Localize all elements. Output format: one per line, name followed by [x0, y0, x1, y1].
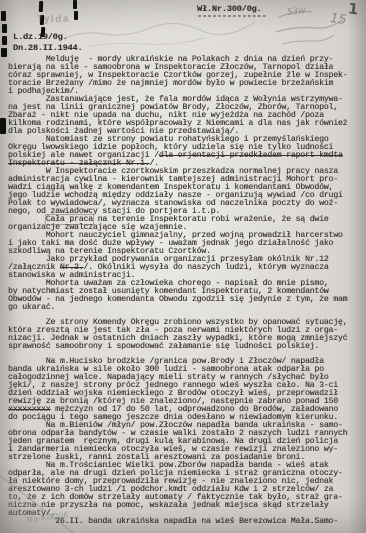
- binding-mark: [0, 118, 6, 134]
- document-body: Melduję - mordy ukraińskie na Polakach z…: [8, 56, 360, 526]
- typed-text: Na m.Hucisko brodzkie /granica pow.Brody…: [8, 357, 338, 406]
- binding-mark: [39, 1, 43, 12]
- paragraph: Jako przykład podrywania organizacji prz…: [8, 256, 360, 280]
- document-date: Dn.28.II.1944.: [13, 44, 82, 53]
- typed-text: W Inspektoracie czortkowskim przeszkadza…: [8, 167, 343, 216]
- fold-crease: [0, 467, 92, 533]
- binding-mark: [2, 24, 7, 33]
- paragraph: W Inspektoracie czortkowskim przeszkadza…: [8, 168, 360, 216]
- paragraph: Natomiast ze strony powiatu rohatyńskieg…: [8, 136, 360, 168]
- pencil-scribble: [60, 16, 260, 52]
- pencil-note: 15: [329, 11, 347, 28]
- typed-text: Mohort nauczyciel gimnazjalny, przed woj…: [8, 231, 343, 256]
- paragraph: Mohort nauczyciel gimnazjalny, przed woj…: [8, 232, 360, 256]
- file-reference: L.dz.19/0g.: [13, 33, 68, 42]
- typed-text: Melduję - mordy ukraińskie na Polakach z…: [8, 55, 347, 96]
- paragraph: Na m.Bieniów /młyn/ pow.Złoczów napadła …: [8, 422, 360, 462]
- paragraph: Ze strony Komendy Okręgu zrobiono wszyst…: [8, 319, 360, 351]
- paragraph: Melduję - mordy ukraińskie na Polakach z…: [8, 56, 360, 96]
- paragraph: Cała praca na terenie Inspektoratu robi …: [8, 216, 360, 232]
- pencil-corner-mark: 1: [347, 0, 359, 18]
- binding-mark: [74, 11, 78, 20]
- binding-mark: [1, 48, 7, 57]
- pencil-note: 53w: [287, 6, 307, 18]
- typed-text: Na m.Bieniów /młyn/ pow.Złoczów napadła …: [8, 421, 347, 462]
- faint-stamp: Tylda: [37, 14, 70, 26]
- document-number-underline: --------------: [197, 12, 266, 21]
- binding-mark: [2, 36, 7, 45]
- paragraph: Na m.Hucisko brodzkie /granica pow.Brody…: [8, 358, 360, 422]
- typed-text: Zastanawiające jest, że fala mordów idąc…: [8, 95, 347, 136]
- paragraph: Zastanawiające jest, że fala mordów idąc…: [8, 96, 360, 136]
- binding-mark: [73, 0, 77, 9]
- paragraph: Mohorta uważam za człowieka chorego - na…: [8, 280, 360, 312]
- binding-mark: [1, 11, 6, 21]
- typed-text: Mohorta uważam za człowieka chorego - na…: [8, 279, 347, 312]
- document-page: Tylda L.dz.19/0g. Dn.28.II.1944. Wł.Nr.3…: [0, 0, 366, 533]
- typed-text: mężczyzn od 17 do 50 lat, odprowadzono d…: [8, 405, 338, 422]
- typed-text: Ze strony Komendy Okręgu zrobiono wszyst…: [8, 318, 347, 351]
